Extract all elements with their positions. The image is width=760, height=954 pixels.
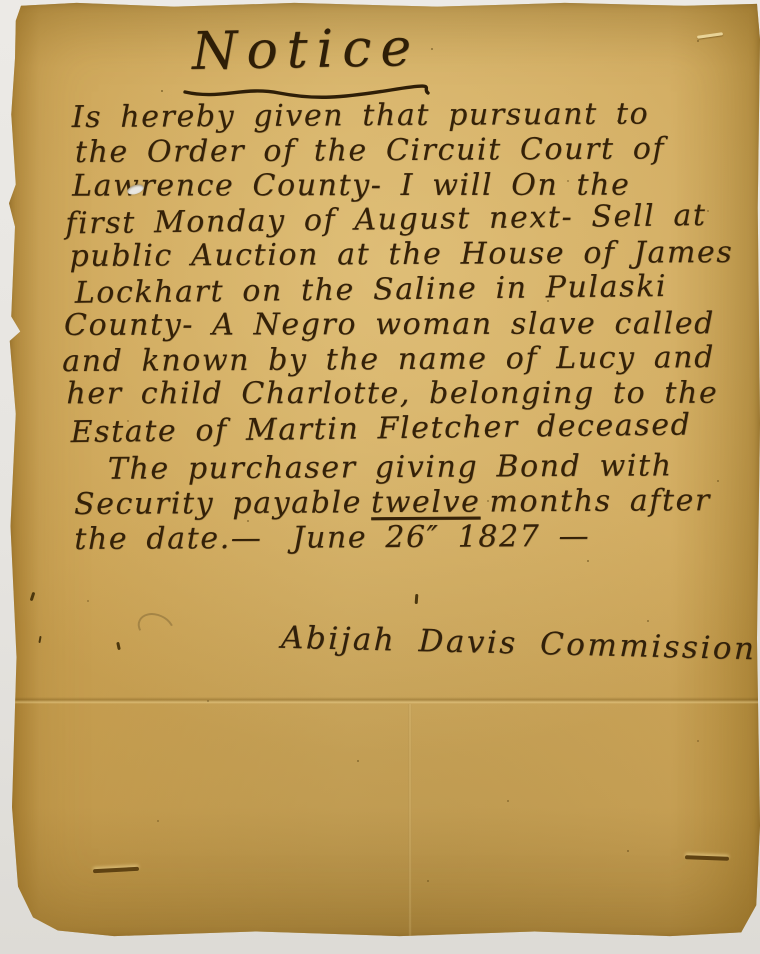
document-paper: Notice Is hereby given that pursuant to …	[9, 2, 760, 938]
notice-body: Is hereby given that pursuant to the Ord…	[72, 97, 736, 557]
handwritten-line: County- A Negro woman slave called	[64, 307, 734, 344]
handwritten-line: Lockhart on the Saline in Pulaski	[75, 269, 734, 311]
horizontal-fold-crease	[9, 697, 760, 704]
terms-line: Security payabletwelvemonths after	[74, 484, 735, 523]
paper-tear-left	[93, 867, 139, 873]
document-title: Notice	[191, 18, 420, 82]
ink-fleck	[116, 642, 121, 650]
terms-text: Security payable	[74, 485, 362, 522]
terms-text: months after	[489, 483, 711, 519]
paper-tear-right	[685, 855, 729, 861]
vertical-crease	[408, 704, 412, 936]
handwritten-line: Estate of Martin Fletcher deceased	[70, 408, 734, 451]
date-line: the date.—June 26″ 1827 —	[74, 519, 735, 558]
ink-fleck	[38, 636, 41, 643]
handwritten-line: and known by the name of Lucy and	[62, 341, 734, 380]
date-value: June 26″ 1827 —	[292, 518, 590, 555]
ink-fleck	[30, 592, 36, 601]
date-text: the date.—	[74, 520, 262, 556]
handwritten-line: Is hereby given that pursuant to	[72, 97, 733, 136]
underlined-word: twelve	[371, 484, 481, 520]
terms-line: The purchaser giving Bond with	[74, 449, 735, 488]
paper-speckles	[9, 2, 11, 4]
handwritten-line: the Order of the Circuit Court of	[75, 132, 733, 171]
ink-fleck	[415, 594, 419, 604]
paper-scratch	[697, 32, 723, 39]
ink-smudge	[133, 607, 179, 648]
signature-line: Abijah Davis Commissioner	[281, 620, 760, 669]
